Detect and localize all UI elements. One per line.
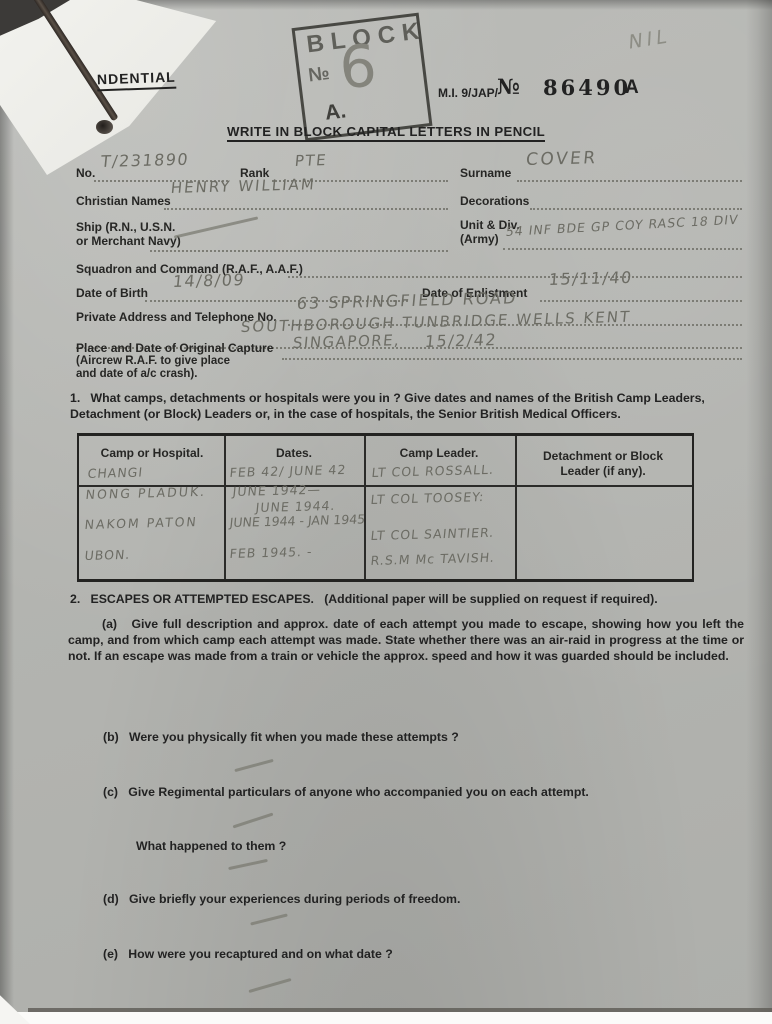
- question-2e-label: (e): [103, 947, 118, 961]
- table-header-leader: Camp Leader.: [400, 446, 479, 460]
- table-row3-dates: JUNE 1944 - JAN 1945: [229, 511, 366, 530]
- left-edge-shadow: [0, 0, 14, 1024]
- field-label-christian-names: Christian Names: [76, 194, 171, 208]
- ship-pencil-strike: [174, 216, 258, 238]
- field-label-dob: Date of Birth: [76, 286, 148, 300]
- pencil-dash-b: [234, 759, 273, 772]
- question-2-number: 2.: [70, 592, 80, 606]
- serial-no-symbol: №: [497, 74, 520, 99]
- question-1-text: What camps, detachments or hospitals wer…: [70, 391, 705, 421]
- question-1-number: 1.: [70, 391, 80, 405]
- table-row4-dates: FEB 1945. -: [229, 544, 313, 561]
- question-1: 1. What camps, detachments or hospitals …: [70, 390, 742, 422]
- field-value-dob: 14/8/09: [172, 270, 246, 291]
- table-row2-camp: NONG PLADUK.: [85, 484, 207, 502]
- stamp-handwritten-block-number: 6: [337, 32, 379, 102]
- table-divider-3: [515, 436, 517, 579]
- question-2c-text: Give Regimental particulars of anyone wh…: [128, 785, 589, 799]
- table-divider-1: [224, 436, 226, 579]
- table-header-dates: Dates.: [276, 446, 312, 460]
- table-divider-2: [364, 436, 366, 579]
- field-value-enlistment: 15/11/40: [548, 268, 634, 289]
- bottom-left-white-wedge: [0, 988, 30, 1024]
- confidential-label: NDENTIAL: [97, 69, 176, 92]
- field-label-capture-line2: (Aircrew R.A.F. to give place: [76, 355, 230, 367]
- field-label-ship-line1: Ship (R.N., U.S.N.: [76, 220, 175, 234]
- pencil-dash-e: [248, 978, 291, 993]
- question-2-heading: 2. ESCAPES OR ATTEMPTED ESCAPES. (Additi…: [70, 591, 742, 607]
- field-value-surname: COVER: [525, 148, 599, 170]
- punch-hole: [96, 120, 113, 134]
- field-label-no: No.: [76, 166, 95, 180]
- camp-table: Camp or Hospital. Dates. Camp Leader. De…: [77, 433, 694, 582]
- question-2c-followup-text: What happened to them ?: [136, 839, 286, 853]
- serial-suffix: A: [625, 77, 639, 99]
- table-header-detachment-line2: Leader (if any).: [560, 464, 645, 478]
- table-row4-leader: R.S.M Mc TAVISH.: [370, 550, 496, 568]
- field-value-unit: 54 INF BDE GP COY RASC 18 DIV: [505, 212, 739, 239]
- mi9-reference: M.I. 9/JAP/: [438, 86, 498, 100]
- field-label-surname: Surname: [460, 166, 511, 180]
- question-2-title: ESCAPES OR ATTEMPTED ESCAPES.: [91, 592, 314, 606]
- field-label-decorations: Decorations: [460, 194, 529, 208]
- question-2b-label: (b): [103, 730, 119, 744]
- right-edge-shadow: [746, 0, 772, 1024]
- stamp-no-symbol: №: [307, 63, 331, 87]
- question-2a-text: Give full description and approx. date o…: [68, 617, 744, 663]
- field-label-capture-line1: Place and Date of Original Capture: [76, 341, 273, 355]
- question-2e-text: How were you recaptured and on what date…: [128, 947, 392, 961]
- pencil-dash-c: [233, 813, 274, 829]
- nil-annotation: NIL: [628, 25, 671, 54]
- field-value-capture-place: SINGAPORE,: [292, 331, 401, 352]
- question-2d-label: (d): [103, 892, 119, 906]
- field-value-service-number: T/231890: [100, 150, 190, 171]
- field-value-rank: PTE: [294, 151, 328, 170]
- page-title: WRITE IN BLOCK CAPITAL LETTERS IN PENCIL: [227, 124, 545, 142]
- torn-corner-streak: [0, 0, 70, 42]
- scanned-pow-form: NDENTIAL BLOCK № A. 6 M.I. 9/JAP/ № 8649…: [0, 0, 772, 1024]
- question-2a-label: (a): [102, 617, 117, 631]
- bottom-white-strip: [0, 1012, 772, 1024]
- question-2b: (b) Were you physically fit when you mad…: [103, 729, 723, 745]
- bottom-scan-line: [28, 1008, 772, 1012]
- serial-number: 86490: [543, 75, 631, 100]
- question-2c-followup: What happened to them ?: [136, 838, 536, 854]
- field-value-capture-date: 15/2/42: [424, 330, 498, 351]
- table-row3-camp: NAKOM PATON: [84, 514, 199, 532]
- question-2e: (e) How were you recaptured and on what …: [103, 946, 743, 962]
- question-2b-text: Were you physically fit when you made th…: [129, 730, 459, 744]
- table-row1-dates: FEB 42/ JUNE 42: [229, 462, 347, 480]
- field-value-address-line1: 63 SPRINGFIELD ROAD: [296, 288, 518, 313]
- table-row1-leader: LT COL ROSSALL.: [371, 462, 495, 480]
- table-header-camp: Camp or Hospital.: [101, 446, 204, 460]
- stamp-a-label: A.: [324, 99, 348, 125]
- table-row4-camp: UBON.: [84, 547, 131, 563]
- field-label-ship-line2: or Merchant Navy): [76, 234, 181, 248]
- field-value-christian-names: HENRY WILLIAM: [170, 175, 317, 197]
- question-2a: (a) Give full description and approx. da…: [68, 616, 744, 665]
- table-row2-leader: LT COL TOOSEY:: [370, 489, 485, 507]
- question-2d: (d) Give briefly your experiences during…: [103, 891, 743, 907]
- question-2c-label: (c): [103, 785, 118, 799]
- pencil-dash-d: [250, 913, 288, 925]
- table-row3-leader: LT COL SAINTIER.: [370, 525, 495, 543]
- question-2-note: (Additional paper will be supplied on re…: [324, 592, 657, 606]
- table-header-detachment-line1: Detachment or Block: [543, 449, 663, 463]
- question-2d-text: Give briefly your experiences during per…: [129, 892, 460, 906]
- field-label-unit-line2: (Army): [460, 232, 499, 246]
- question-2c: (c) Give Regimental particulars of anyon…: [103, 784, 743, 800]
- table-row2-dates-line1: JUNE 1942—: [232, 482, 322, 499]
- top-edge-shadow: [0, 0, 772, 10]
- table-row1-camp: CHANGI: [87, 465, 144, 481]
- string-tie: [30, 0, 119, 121]
- field-label-capture-line3: and date of a/c crash).: [76, 368, 197, 380]
- pencil-dash-c2: [228, 859, 268, 870]
